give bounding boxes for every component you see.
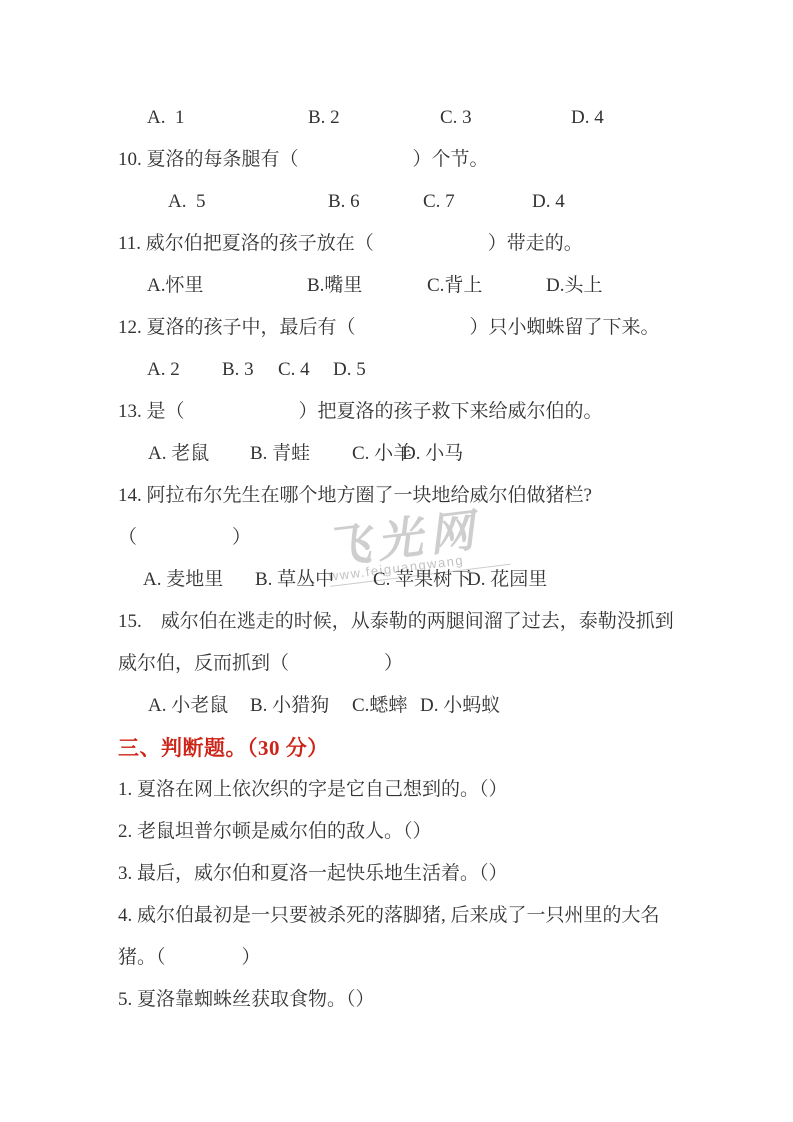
q15-options-choice-D: D. 小蚂蚁 bbox=[420, 685, 500, 727]
q11-options-choice-B: B.嘴里 bbox=[307, 265, 362, 307]
document-lines: A. 1B. 2C. 3D. 410. 夏洛的每条腿有（ ）个节。A. 5B. … bbox=[0, 97, 793, 1021]
q15-line2: 威尔伯，反而抓到（ ） bbox=[0, 643, 793, 685]
q9-options-choice-C: C. 3 bbox=[440, 97, 472, 139]
q15-line1: 15. 威尔伯在逃走的时候，从泰勒的两腿间溜了过去，泰勒没抓到 bbox=[0, 601, 793, 643]
q14-continuation: （ ） bbox=[0, 517, 793, 559]
judge1-text: 1. 夏洛在网上依次织的字是它自己想到的。（） bbox=[118, 769, 508, 811]
q11-options: A.怀里B.嘴里C.背上D.头上 bbox=[0, 265, 793, 307]
test-paper-page: 飞光网 www.feiguangwang A. 1B. 2C. 3D. 410.… bbox=[0, 0, 793, 1122]
section3-heading: 三、判断题。（30 分） bbox=[0, 727, 793, 769]
q9-options-choice-B: B. 2 bbox=[308, 97, 340, 139]
q10-options-choice-C: C. 7 bbox=[423, 181, 455, 223]
q9-options-choice-D: D. 4 bbox=[571, 97, 604, 139]
q11-text: 11. 威尔伯把夏洛的孩子放在（ ）带走的。 bbox=[118, 223, 583, 265]
q15-options-choice-A: A. 小老鼠 bbox=[148, 685, 228, 727]
q13-options-choice-A: A. 老鼠 bbox=[148, 433, 209, 475]
q13-options: A. 老鼠B. 青蛙C. 小羊D. 小马 bbox=[0, 433, 793, 475]
q11-options-choice-C: C.背上 bbox=[427, 265, 482, 307]
q15-options-choice-C: C.蟋蟀 bbox=[352, 685, 407, 727]
q12-options-choice-C: C. 4 bbox=[278, 349, 310, 391]
q11-options-choice-D: D.头上 bbox=[546, 265, 602, 307]
q10-options: A. 5B. 6C. 7D. 4 bbox=[0, 181, 793, 223]
q11-options-choice-A: A.怀里 bbox=[147, 265, 203, 307]
q13-text: 13. 是（ ）把夏洛的孩子救下来给威尔伯的。 bbox=[118, 391, 603, 433]
q12-options-choice-B: B. 3 bbox=[222, 349, 254, 391]
judge2-text: 2. 老鼠坦普尔顿是威尔伯的敌人。（） bbox=[118, 811, 432, 853]
q10-options-choice-A: A. 5 bbox=[168, 181, 205, 223]
section3-heading-text: 三、判断题。（30 分） bbox=[118, 727, 329, 769]
q14-options: A. 麦地里B. 草丛中C. 苹果树下D. 花园里 bbox=[0, 559, 793, 601]
q14-options-choice-A: A. 麦地里 bbox=[143, 559, 223, 601]
q10-text: 10. 夏洛的每条腿有（ ）个节。 bbox=[118, 139, 489, 181]
q9-options-choice-A: A. 1 bbox=[147, 97, 184, 139]
q13-options-choice-B: B. 青蛙 bbox=[250, 433, 310, 475]
judge5: 5. 夏洛靠蜘蛛丝获取食物。（） bbox=[0, 979, 793, 1021]
q15-line1-text: 15. 威尔伯在逃走的时候，从泰勒的两腿间溜了过去，泰勒没抓到 bbox=[118, 601, 674, 643]
q14-options-choice-B: B. 草丛中 bbox=[255, 559, 334, 601]
q12-options: A. 2B. 3C. 4D. 5 bbox=[0, 349, 793, 391]
judge4-line2: 猪。（ ） bbox=[0, 937, 793, 979]
q14-options-choice-C: C. 苹果树下 bbox=[373, 559, 471, 601]
judge4-line2-text: 猪。（ ） bbox=[118, 937, 261, 979]
q13: 13. 是（ ）把夏洛的孩子救下来给威尔伯的。 bbox=[0, 391, 793, 433]
judge3: 3. 最后，威尔伯和夏洛一起快乐地生活着。（） bbox=[0, 853, 793, 895]
q15-line2-text: 威尔伯，反而抓到（ ） bbox=[118, 643, 403, 685]
q9-options: A. 1B. 2C. 3D. 4 bbox=[0, 97, 793, 139]
q15-options-choice-B: B. 小猎狗 bbox=[250, 685, 329, 727]
q11: 11. 威尔伯把夏洛的孩子放在（ ）带走的。 bbox=[0, 223, 793, 265]
judge4-line1-text: 4. 威尔伯最初是一只要被杀死的落脚猪, 后来成了一只州里的大名 bbox=[118, 895, 660, 937]
judge5-text: 5. 夏洛靠蜘蛛丝获取食物。（） bbox=[118, 979, 375, 1021]
judge1: 1. 夏洛在网上依次织的字是它自己想到的。（） bbox=[0, 769, 793, 811]
q10-options-choice-D: D. 4 bbox=[532, 181, 565, 223]
judge2: 2. 老鼠坦普尔顿是威尔伯的敌人。（） bbox=[0, 811, 793, 853]
q14: 14. 阿拉布尔先生在哪个地方圈了一块地给威尔伯做猪栏? bbox=[0, 475, 793, 517]
q12: 12. 夏洛的孩子中，最后有（ ）只小蜘蛛留了下来。 bbox=[0, 307, 793, 349]
judge3-text: 3. 最后，威尔伯和夏洛一起快乐地生活着。（） bbox=[118, 853, 508, 895]
q14-continuation-text: （ ） bbox=[118, 517, 251, 559]
q14-text: 14. 阿拉布尔先生在哪个地方圈了一块地给威尔伯做猪栏? bbox=[118, 475, 592, 517]
q12-text: 12. 夏洛的孩子中，最后有（ ）只小蜘蛛留了下来。 bbox=[118, 307, 660, 349]
q14-options-choice-D: D. 花园里 bbox=[467, 559, 547, 601]
q10-options-choice-B: B. 6 bbox=[328, 181, 360, 223]
q12-options-choice-D: D. 5 bbox=[333, 349, 366, 391]
q10: 10. 夏洛的每条腿有（ ）个节。 bbox=[0, 139, 793, 181]
q12-options-choice-A: A. 2 bbox=[147, 349, 180, 391]
q15-options: A. 小老鼠B. 小猎狗C.蟋蟀D. 小蚂蚁 bbox=[0, 685, 793, 727]
judge4-line1: 4. 威尔伯最初是一只要被杀死的落脚猪, 后来成了一只州里的大名 bbox=[0, 895, 793, 937]
q13-options-choice-D: D. 小马 bbox=[402, 433, 463, 475]
